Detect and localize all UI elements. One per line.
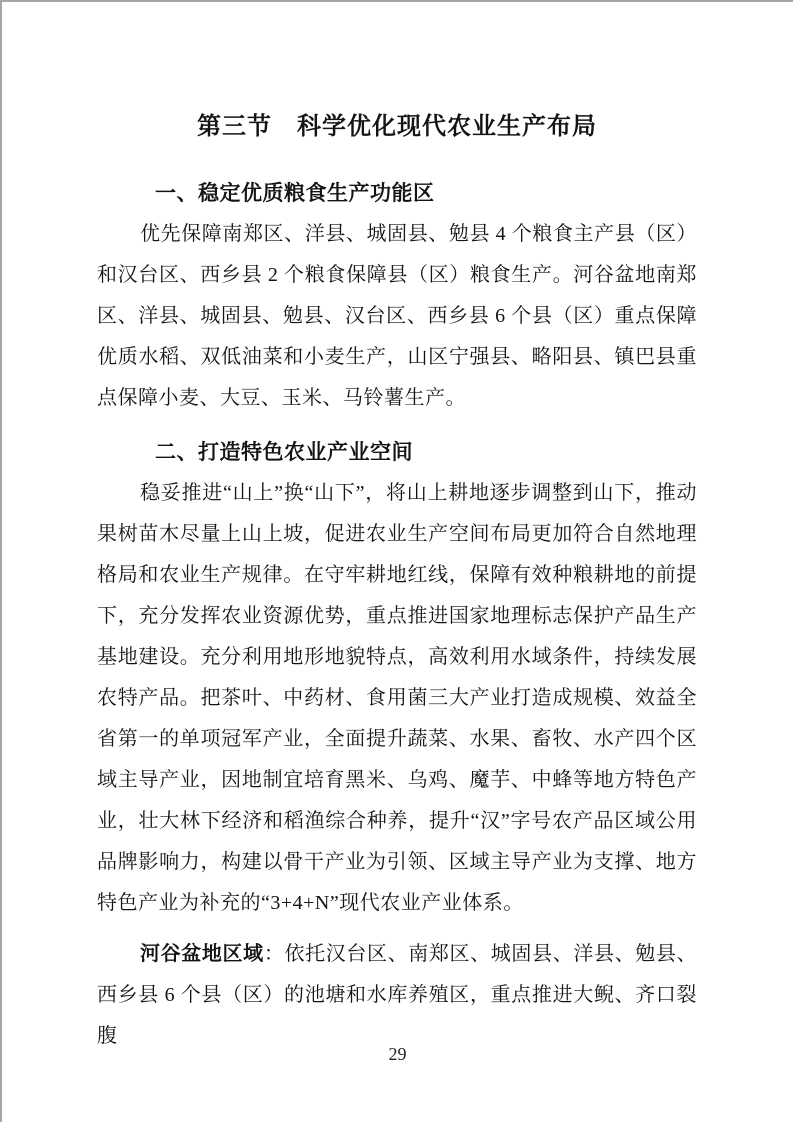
paragraph-characteristic-agriculture: 稳妥推进“山上”换“山下”，将山上耕地逐步调整到山下，推动果树苗木尽量上山上坡，…	[97, 473, 697, 924]
chapter-section-title: 第三节 科学优化现代农业生产布局	[97, 106, 697, 147]
paragraph-river-valley-basin: 河谷盆地区域：依托汉台区、南郑区、城固县、洋县、勉县、西乡县 6 个县（区）的池…	[97, 934, 697, 1057]
heading-characteristic-agriculture-space: 二、打造特色农业产业空间	[97, 432, 697, 473]
paragraph-grain-production: 优先保障南郑区、洋县、城固县、勉县 4 个粮食主产县（区）和汉台区、西乡县 2 …	[97, 214, 697, 419]
region-lead-label: 河谷盆地区域	[140, 943, 264, 965]
document-page: 第三节 科学优化现代农业生产布局 一、稳定优质粮食生产功能区 优先保障南郑区、洋…	[0, 0, 793, 1122]
page-content: 第三节 科学优化现代农业生产布局 一、稳定优质粮食生产功能区 优先保障南郑区、洋…	[2, 2, 793, 1057]
region-lead-colon: ：	[264, 943, 285, 965]
heading-grain-production-zones: 一、稳定优质粮食生产功能区	[97, 173, 697, 214]
page-number: 29	[2, 1044, 793, 1065]
